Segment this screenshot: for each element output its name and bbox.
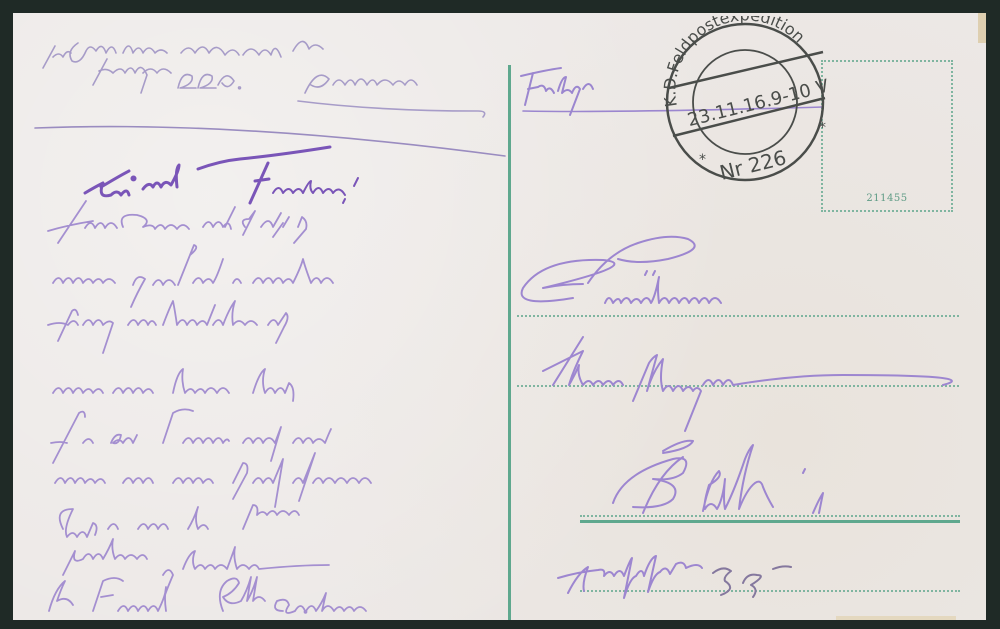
- salutation-handwriting: [85, 147, 358, 203]
- postmark-star-left: *: [699, 152, 706, 168]
- postmark-star-right: *: [819, 120, 826, 136]
- postcard: 211455: [13, 13, 986, 620]
- postmark-date: 23.11.16.9-10 V: [685, 76, 831, 132]
- address-line-1: [517, 315, 959, 317]
- edge-stain: [836, 616, 956, 620]
- corner-stain: [978, 13, 986, 43]
- stamp-serial-number: 211455: [823, 193, 951, 204]
- message-address-divider: [508, 65, 511, 620]
- recipient-address: Fräulein Klara Wagner Berlin [unclear]st…: [13, 13, 14, 14]
- salutation: Liebes Fräulein,: [13, 13, 14, 14]
- recipient-title: Fräulein: [13, 13, 14, 14]
- sender-handwriting: [43, 41, 485, 117]
- address-line-street: [580, 590, 960, 592]
- address-line-city-dotted: [580, 515, 960, 517]
- sender-line-1: Uffz. Otto Lintow [unclear] [unclear]: [13, 13, 14, 14]
- postmark-cancellation: K.D.Feldpostexpedition 23.11.16.9-10 V N…: [643, 16, 848, 191]
- message: Liebes Fräulein, Teile Ihnen mit daß ich…: [13, 13, 14, 14]
- feldpost-label: Feldpost: [13, 13, 14, 14]
- address-line-city-solid: [580, 520, 960, 523]
- address-line-2: [517, 385, 959, 387]
- sender-address: Uffz. Otto Lintow [unclear] [unclear] Fe…: [13, 13, 14, 14]
- message-handwriting: [48, 201, 371, 613]
- sender-underline: [35, 127, 505, 156]
- address-handwriting: [522, 237, 952, 598]
